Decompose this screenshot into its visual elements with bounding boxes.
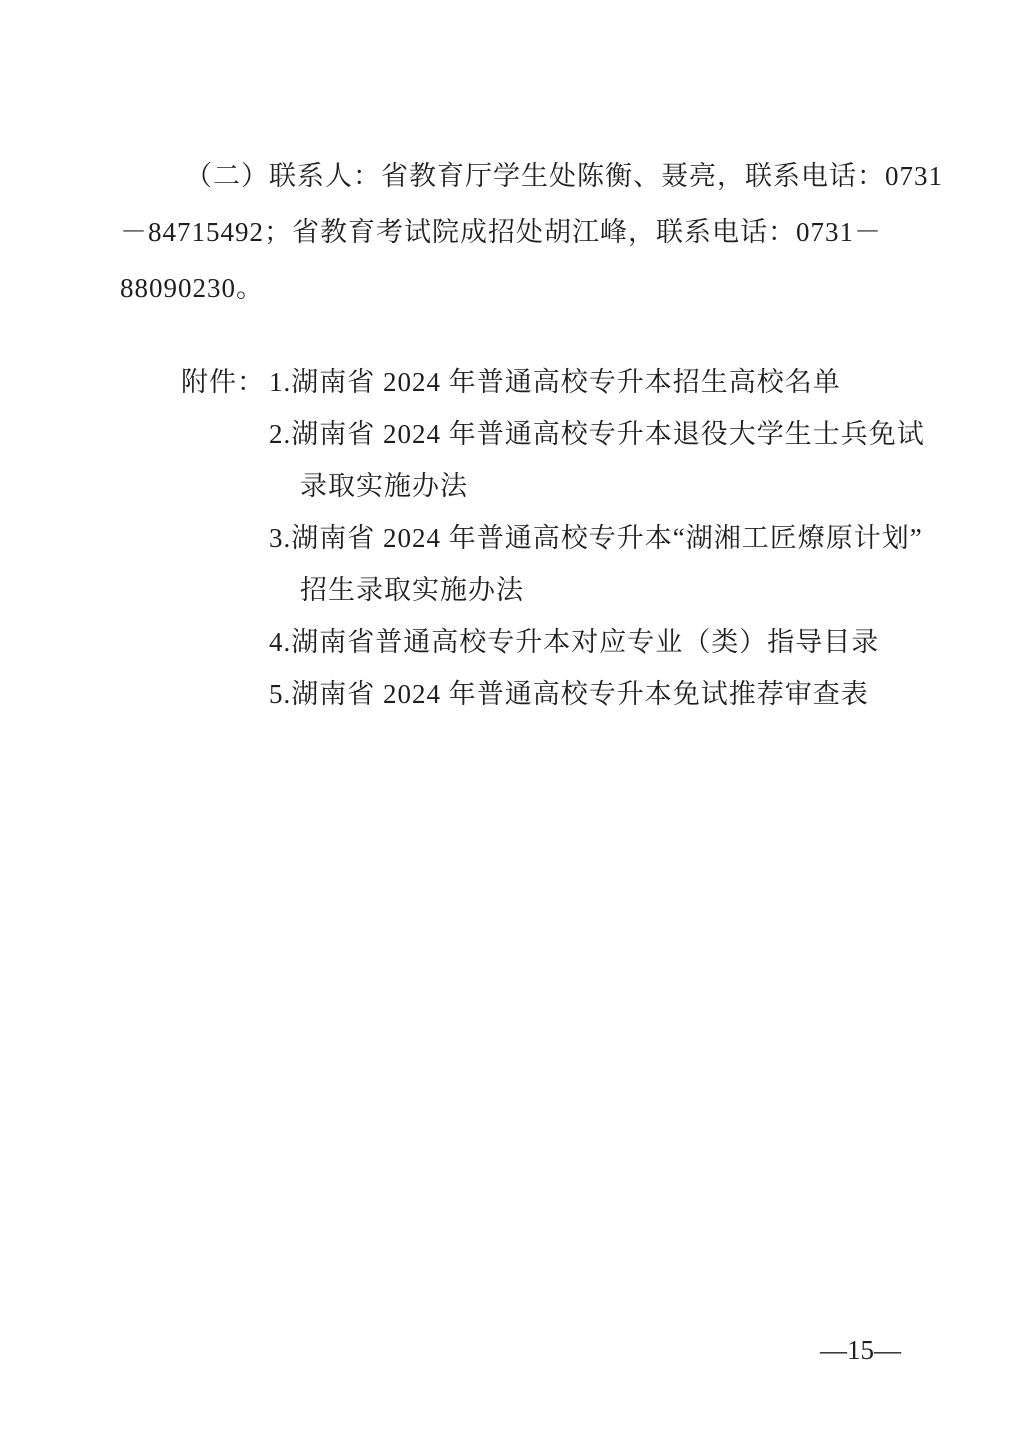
contact-paragraph-line-3: 88090230。 <box>120 260 910 316</box>
attachment-item-5: 5.湖南省 2024 年普通高校专升本免试推荐审查表 <box>269 668 925 720</box>
attachments-section: 附件： 1.湖南省 2024 年普通高校专升本招生高校名单 2.湖南省 2024… <box>181 356 925 720</box>
contact-paragraph-line-1: （二）联系人：省教育厅学生处陈衡、聂亮，联系电话：0731 <box>120 148 910 204</box>
attachment-item-5-line-1: 5.湖南省 2024 年普通高校专升本免试推荐审查表 <box>269 668 925 720</box>
attachments-label: 附件： <box>181 356 265 408</box>
attachment-item-2: 2.湖南省 2024 年普通高校专升本退役大学生士兵免试 录取实施办法 <box>269 408 925 512</box>
attachment-item-3: 3.湖南省 2024 年普通高校专升本“湖湘工匠燎原计划” 招生录取实施办法 <box>269 512 925 616</box>
contact-paragraph: （二）联系人：省教育厅学生处陈衡、聂亮，联系电话：0731 －84715492；… <box>120 148 910 316</box>
attachments-list: 1.湖南省 2024 年普通高校专升本招生高校名单 2.湖南省 2024 年普通… <box>269 356 925 720</box>
attachment-item-4: 4.湖南省普通高校专升本对应专业（类）指导目录 <box>269 616 925 668</box>
contact-paragraph-line-2: －84715492；省教育考试院成招处胡江峰，联系电话：0731－ <box>120 204 910 260</box>
attachment-item-1-line-1: 1.湖南省 2024 年普通高校专升本招生高校名单 <box>269 356 925 408</box>
page-number: —15— <box>820 1334 901 1366</box>
attachment-item-1: 1.湖南省 2024 年普通高校专升本招生高校名单 <box>269 356 925 408</box>
attachment-item-3-line-2: 招生录取实施办法 <box>269 564 925 616</box>
attachment-item-3-line-1: 3.湖南省 2024 年普通高校专升本“湖湘工匠燎原计划” <box>269 512 925 564</box>
document-page: （二）联系人：省教育厅学生处陈衡、聂亮，联系电话：0731 －84715492；… <box>0 0 1024 1448</box>
attachment-item-4-line-1: 4.湖南省普通高校专升本对应专业（类）指导目录 <box>269 616 925 668</box>
attachment-item-2-line-2: 录取实施办法 <box>269 460 925 512</box>
attachment-item-2-line-1: 2.湖南省 2024 年普通高校专升本退役大学生士兵免试 <box>269 408 925 460</box>
